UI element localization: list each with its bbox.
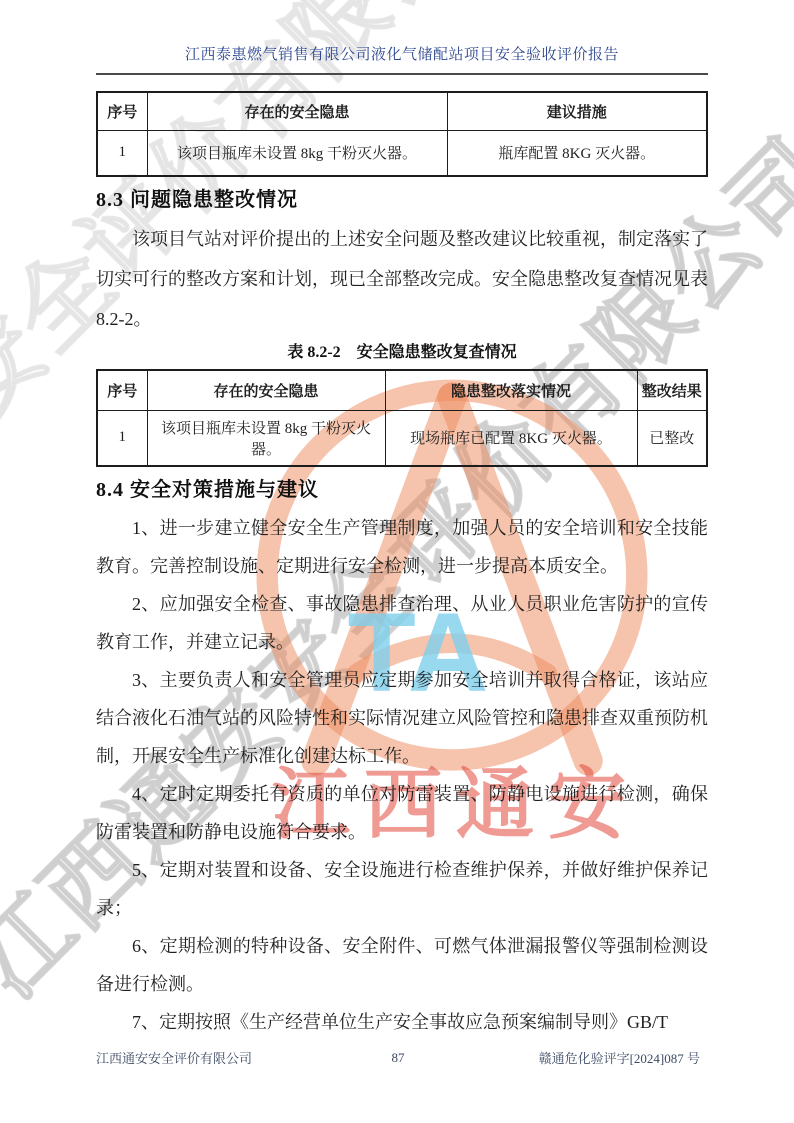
footer-doc-number: 赣通危化验评字[2024]087 号 xyxy=(405,1048,701,1067)
cell-hazard: 该项目瓶库未设置 8kg 干粉灭火器。 xyxy=(147,410,385,466)
table-row: 1 该项目瓶库未设置 8kg 干粉灭火器。 瓶库配置 8KG 灭火器。 xyxy=(97,130,707,176)
section-8-4-heading: 8.4 安全对策措施与建议 xyxy=(96,477,708,503)
measure-item-6: 6、定期检测的特种设备、安全附件、可燃气体泄漏报警仪等强制检测设备进行检测。 xyxy=(96,927,708,1003)
column-header-hazard: 存在的安全隐患 xyxy=(147,92,447,130)
page-header: 江西泰惠燃气销售有限公司液化气储配站项目安全验收评价报告 xyxy=(96,0,708,75)
section-8-3-paragraph: 该项目气站对评价提出的上述安全问题及整改建议比较重视，制定落实了切实可行的整改方… xyxy=(96,219,708,339)
cell-serial: 1 xyxy=(97,410,147,466)
column-header-serial: 序号 xyxy=(97,92,147,130)
cell-suggestion: 瓶库配置 8KG 灭火器。 xyxy=(447,130,707,176)
footer-company: 江西通安安全评价有限公司 xyxy=(96,1048,392,1067)
page-content: 江西泰惠燃气销售有限公司液化气储配站项目安全验收评价报告 序号 存在的安全隐患 … xyxy=(96,0,708,1041)
section-8-3-heading: 8.3 问题隐患整改情况 xyxy=(96,187,708,213)
column-header-result: 整改结果 xyxy=(637,370,707,410)
footer-page-number: 87 xyxy=(392,1050,405,1066)
measure-item-2: 2、应加强安全检查、事故隐患排查治理、从业人员职业危害防护的宣传教育工作，并建立… xyxy=(96,585,708,661)
measure-item-3: 3、主要负责人和安全管理员应定期参加安全培训并取得合格证，该站应结合液化石油气站… xyxy=(96,661,708,775)
column-header-suggestion: 建议措施 xyxy=(447,92,707,130)
cell-serial: 1 xyxy=(97,130,147,176)
table-header-row: 序号 存在的安全隐患 建议措施 xyxy=(97,92,707,130)
table-header-row: 序号 存在的安全隐患 隐患整改落实情况 整改结果 xyxy=(97,370,707,410)
table-8-2-2-caption: 表 8.2-2 安全隐患整改复查情况 xyxy=(96,341,708,365)
cell-implementation: 现场瓶库已配置 8KG 灭火器。 xyxy=(385,410,637,466)
report-title: 江西泰惠燃气销售有限公司液化气储配站项目安全验收评价报告 xyxy=(96,46,708,65)
column-header-implementation: 隐患整改落实情况 xyxy=(385,370,637,410)
cell-hazard: 该项目瓶库未设置 8kg 干粉灭火器。 xyxy=(147,130,447,176)
page-footer: 江西通安安全评价有限公司 87 赣通危化验评字[2024]087 号 xyxy=(96,1048,700,1067)
document-page: 江西通安安全评价有限公司 江西通安安全评价有限公司 TA 江西通安 江西泰惠燃气… xyxy=(0,0,794,1123)
rectification-review-table: 序号 存在的安全隐患 隐患整改落实情况 整改结果 1 该项目瓶库未设置 8kg … xyxy=(96,369,708,467)
issues-suggestions-table: 序号 存在的安全隐患 建议措施 1 该项目瓶库未设置 8kg 干粉灭火器。 瓶库… xyxy=(96,91,708,177)
measure-item-1: 1、进一步建立健全安全生产管理制度，加强人员的安全培训和安全技能教育。完善控制设… xyxy=(96,509,708,585)
measure-item-5: 5、定期对装置和设备、安全设施进行检查维护保养，并做好维护保养记录； xyxy=(96,851,708,927)
column-header-hazard: 存在的安全隐患 xyxy=(147,370,385,410)
measure-item-4: 4、定时定期委托有资质的单位对防雷装置、防静电设施进行检测，确保防雷装置和防静电… xyxy=(96,775,708,851)
column-header-serial: 序号 xyxy=(97,370,147,410)
measure-item-7: 7、定期按照《生产经营单位生产安全事故应急预案编制导则》GB/T xyxy=(96,1003,708,1041)
cell-result: 已整改 xyxy=(637,410,707,466)
table-row: 1 该项目瓶库未设置 8kg 干粉灭火器。 现场瓶库已配置 8KG 灭火器。 已… xyxy=(97,410,707,466)
